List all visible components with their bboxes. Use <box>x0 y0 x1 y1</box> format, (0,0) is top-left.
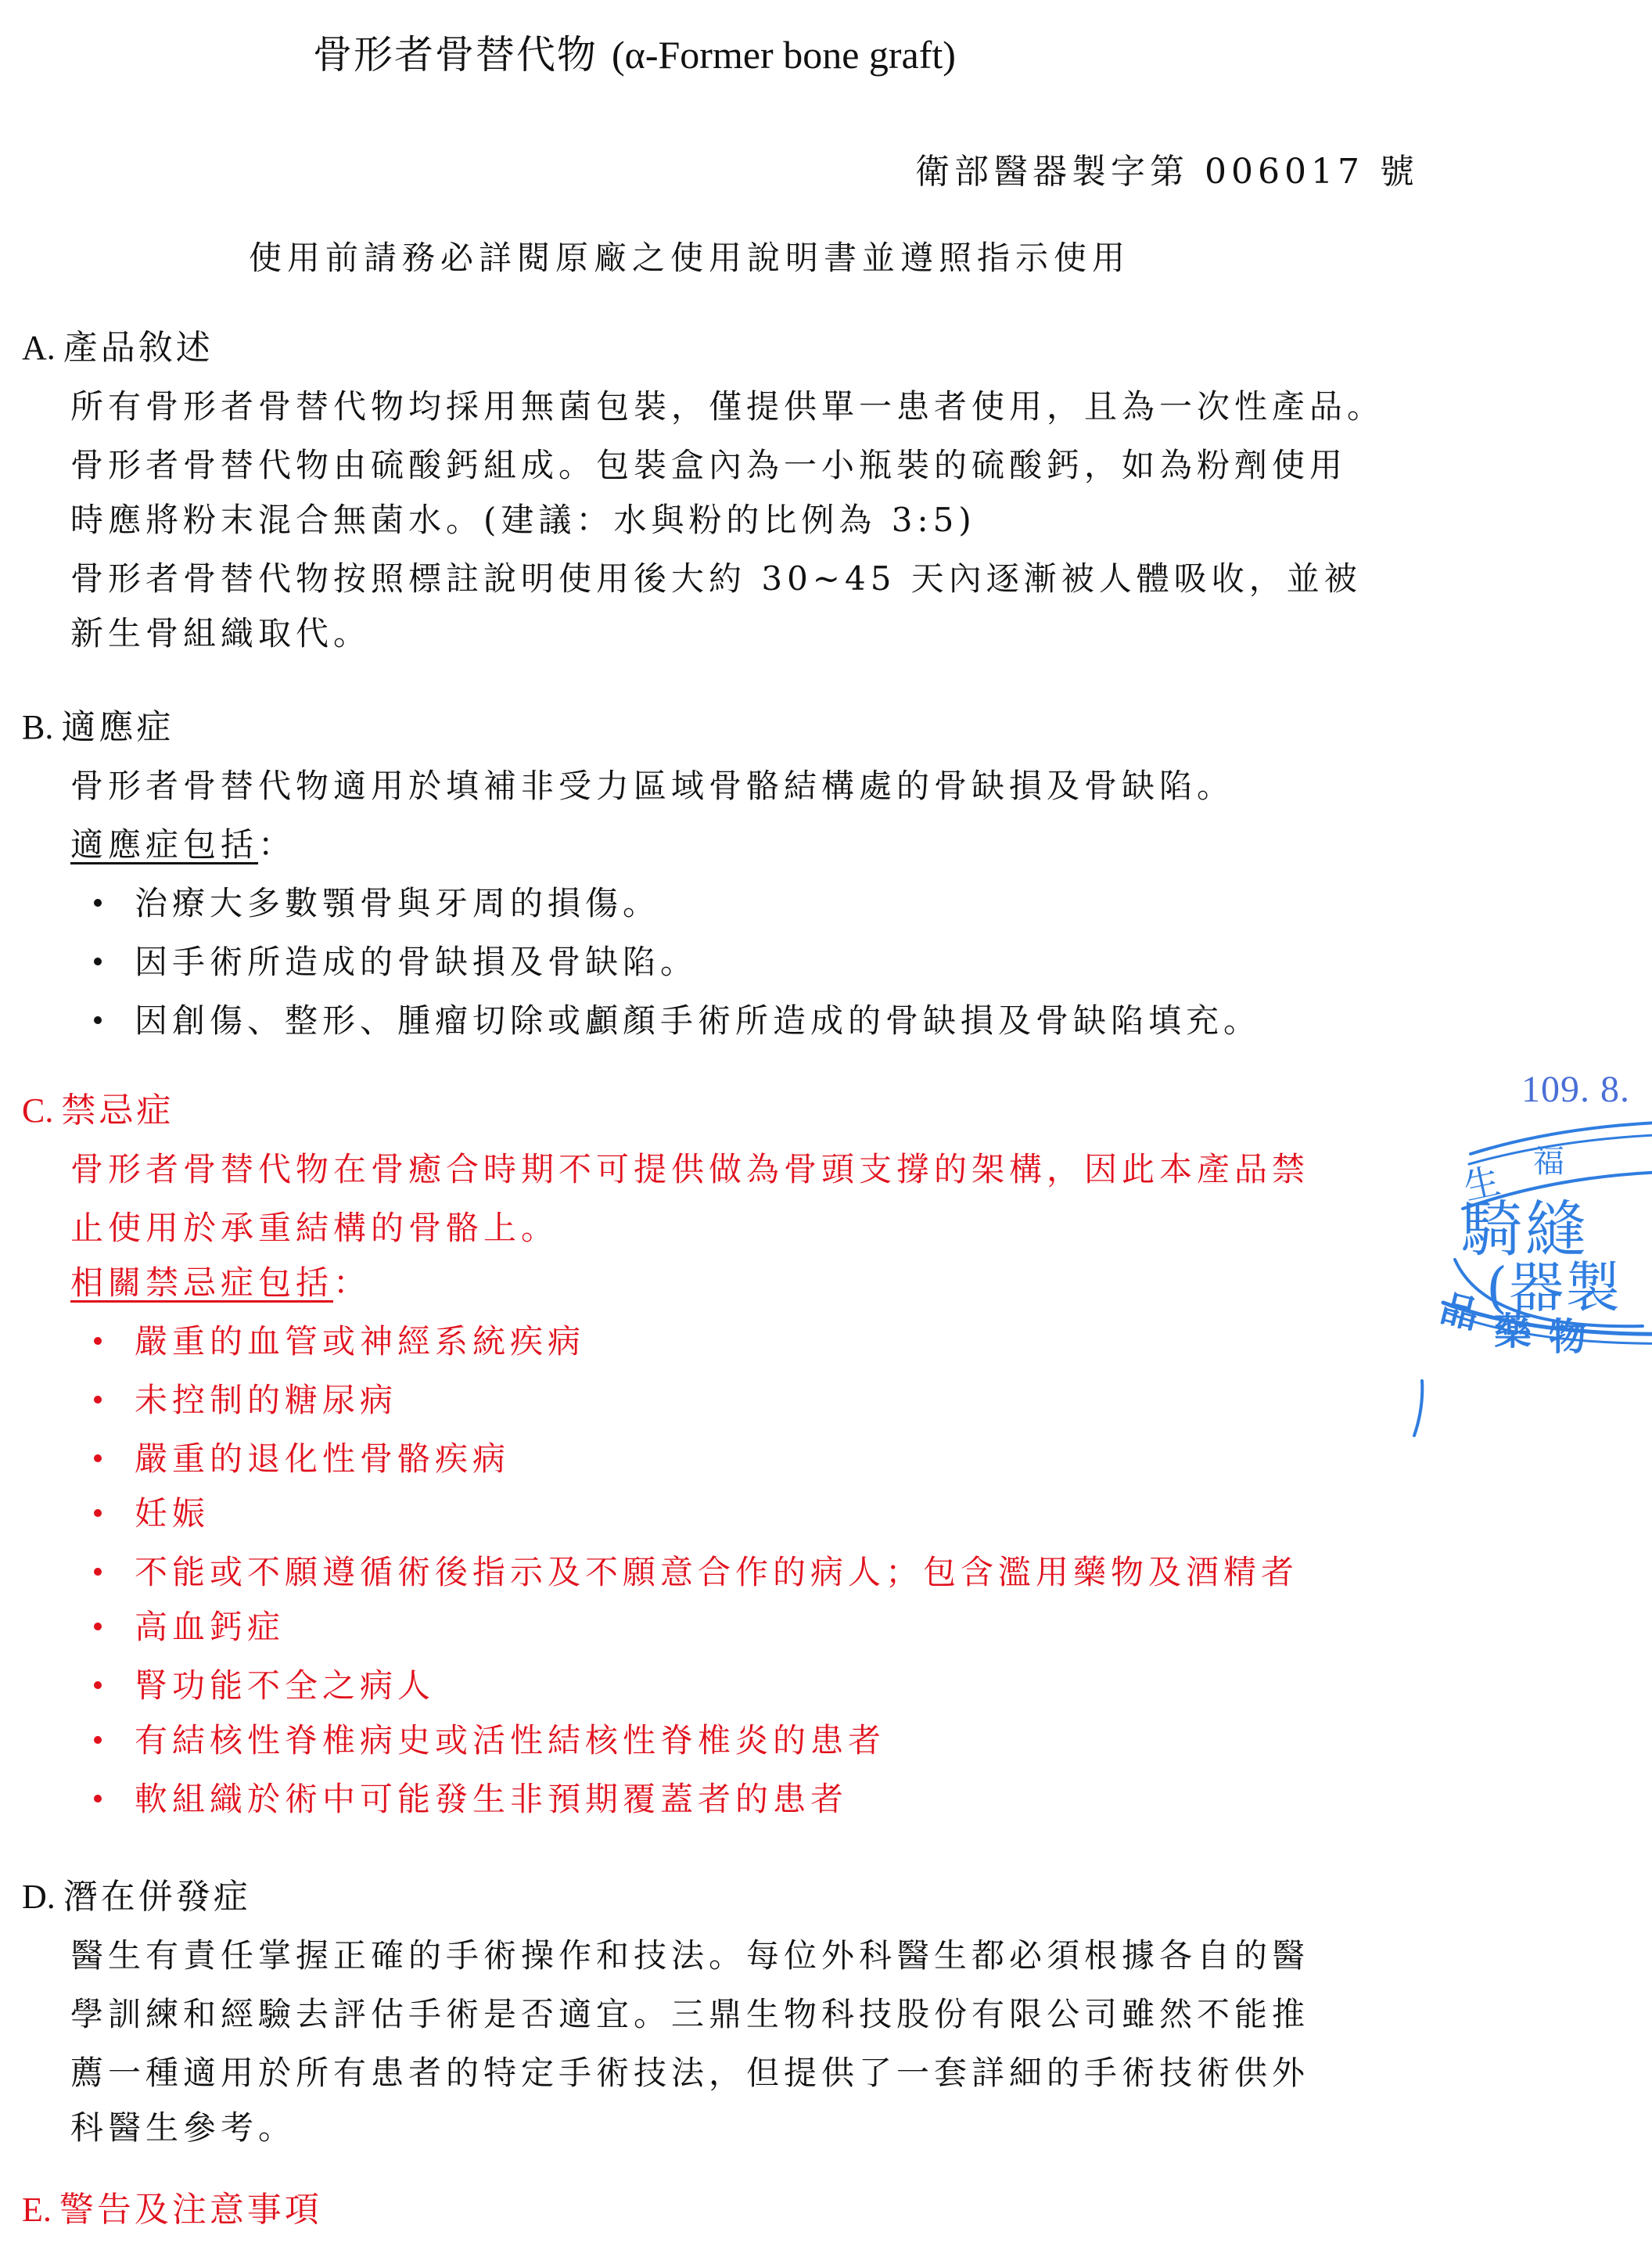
contraindication-item: 腎功能不全之病人 <box>94 1664 435 1708</box>
bullet-icon <box>94 958 102 965</box>
subheading-text: 適應症包括 <box>70 825 258 864</box>
permit-number: 衛部醫器製字第 006017 號 <box>915 150 1419 194</box>
contraindication-item: 有結核性脊椎病史或活性結核性脊椎炎的患者 <box>94 1719 885 1763</box>
section-title: 潛在併發症 <box>63 1877 251 1917</box>
list-item-text: 嚴重的血管或神經系統疾病 <box>135 1322 585 1360</box>
stamp-stroke-mark <box>1408 1377 1431 1439</box>
list-item-text: 治療大多數顎骨與牙周的損傷。 <box>135 884 660 922</box>
bullet-icon <box>94 1016 102 1024</box>
usage-instruction: 使用前請務必詳閱原廠之使用說明書並遵照指示使用 <box>249 236 1130 280</box>
svg-text:騎縫: 騎縫 <box>1460 1195 1589 1265</box>
contraindication-item: 嚴重的血管或神經系統疾病 <box>94 1320 585 1364</box>
list-item-text: 因手術所造成的骨缺損及骨缺陷。 <box>135 943 698 981</box>
list-item-text: 嚴重的退化性骨骼疾病 <box>135 1439 510 1478</box>
section-d-line: 薦一種適用於所有患者的特定手術技法，但提供了一套詳細的手術技術供外 <box>70 2051 1309 2095</box>
bullet-icon <box>94 1736 102 1744</box>
section-d-line: 醫生有責任掌握正確的手術操作和技法。每位外科醫生都必須根據各自的醫 <box>70 1934 1309 1978</box>
section-a-line: 新生骨組織取代。 <box>70 612 371 656</box>
section-letter: A. <box>22 329 56 367</box>
section-d-heading: D.潛在併發症 <box>22 1875 251 1919</box>
svg-text:藥: 藥 <box>1494 1310 1532 1353</box>
section-title: 禁忌症 <box>61 1091 174 1130</box>
indication-item: 因手術所造成的骨缺損及骨缺陷。 <box>94 940 698 984</box>
contraindication-item: 軟組織於術中可能發生非預期覆蓋者的患者 <box>94 1777 848 1821</box>
list-item-text: 高血鈣症 <box>135 1608 285 1646</box>
subheading-colon: ： <box>333 1263 371 1302</box>
title-english: (α-Former bone graft) <box>612 33 956 77</box>
indication-item: 治療大多數顎骨與牙周的損傷。 <box>94 882 660 926</box>
bullet-icon <box>94 1509 102 1517</box>
list-item-text: 因創傷、整形、腫瘤切除或顱顏手術所造成的骨缺損及骨缺陷填充。 <box>135 1001 1261 1040</box>
bullet-icon <box>94 1337 102 1345</box>
contraindication-item: 妊娠 <box>94 1492 210 1536</box>
title-chinese: 骨形者骨替代物 <box>313 32 598 77</box>
indication-item: 因創傷、整形、腫瘤切除或顱顏手術所造成的骨缺損及骨缺陷填充。 <box>94 999 1261 1043</box>
section-title: 警告及注意事項 <box>59 2190 322 2230</box>
list-item-text: 軟組織於術中可能發生非預期覆蓋者的患者 <box>135 1780 848 1818</box>
contraindications-subheading: 相關禁忌症包括： <box>70 1261 371 1305</box>
section-d-line: 學訓練和經驗去評估手術是否適宜。三鼎生物科技股份有限公司雖然不能推 <box>70 1993 1309 2036</box>
section-letter: D. <box>22 1878 56 1916</box>
bullet-icon <box>94 899 102 907</box>
bullet-icon <box>94 1623 102 1630</box>
indications-subheading: 適應症包括： <box>70 823 296 867</box>
stamp-date: 109. 8. <box>1521 1068 1630 1111</box>
section-b-heading: B.適應症 <box>22 706 174 749</box>
section-b-line: 骨形者骨替代物適用於填補非受力區域骨骼結構處的骨缺損及骨缺陷。 <box>70 764 1234 808</box>
svg-text:物: 物 <box>1549 1315 1586 1353</box>
list-item-text: 腎功能不全之病人 <box>135 1666 435 1705</box>
section-a-line: 骨形者骨替代物由硫酸鈣組成。包裝盒內為一小瓶裝的硫酸鈣，如為粉劑使用 <box>70 444 1347 487</box>
contraindication-item: 不能或不願遵循術後指示及不願意合作的病人；包含濫用藥物及酒精者 <box>94 1551 1298 1594</box>
document-title: 骨形者骨替代物(α-Former bone graft) <box>313 30 956 80</box>
section-letter: E. <box>22 2191 52 2229</box>
section-c-line: 骨形者骨替代物在骨癒合時期不可提供做為骨頭支撐的架構，因此本產品禁 <box>70 1148 1309 1191</box>
section-c-line: 止使用於承重結構的骨骼上。 <box>70 1206 558 1250</box>
section-e-heading: E.警告及注意事項 <box>22 2188 322 2232</box>
bullet-icon <box>94 1454 102 1462</box>
contraindication-item: 嚴重的退化性骨骼疾病 <box>94 1437 510 1481</box>
list-item-text: 有結核性脊椎病史或活性結核性脊椎炎的患者 <box>135 1721 885 1759</box>
subheading-colon: ： <box>258 825 296 864</box>
section-letter: C. <box>22 1091 53 1130</box>
svg-text:品: 品 <box>1439 1286 1483 1338</box>
section-title: 適應症 <box>61 707 174 747</box>
section-a-line: 時應將粉末混合無菌水。(建議：水與粉的比例為 3:5) <box>70 498 976 542</box>
list-item-text: 未控制的糖尿病 <box>135 1381 397 1419</box>
seal-ring-icon: 生 福 騎縫 (器製 品 藥 物 <box>1439 1111 1652 1353</box>
official-seal-stamp: 生 福 騎縫 (器製 品 藥 物 <box>1439 1111 1652 1353</box>
subheading-text: 相關禁忌症包括 <box>70 1263 333 1302</box>
bullet-icon <box>94 1396 102 1404</box>
section-letter: B. <box>22 708 53 746</box>
bullet-icon <box>94 1568 102 1576</box>
section-a-line: 骨形者骨替代物按照標註說明使用後大約 30~45 天內逐漸被人體吸收，並被 <box>70 557 1362 601</box>
contraindication-item: 高血鈣症 <box>94 1605 285 1649</box>
section-c-heading: C.禁忌症 <box>22 1089 174 1133</box>
list-item-text: 妊娠 <box>135 1494 210 1533</box>
section-a-heading: A.產品敘述 <box>22 326 214 370</box>
svg-text:福: 福 <box>1533 1144 1564 1180</box>
contraindication-item: 未控制的糖尿病 <box>94 1378 397 1422</box>
bullet-icon <box>94 1795 102 1803</box>
bullet-icon <box>94 1681 102 1689</box>
section-title: 產品敘述 <box>63 328 214 368</box>
section-d-line: 科醫生參考。 <box>70 2106 296 2150</box>
list-item-text: 不能或不願遵循術後指示及不願意合作的病人；包含濫用藥物及酒精者 <box>135 1553 1298 1591</box>
section-a-line: 所有骨形者骨替代物均採用無菌包裝，僅提供單一患者使用，且為一次性產品。 <box>70 385 1384 429</box>
